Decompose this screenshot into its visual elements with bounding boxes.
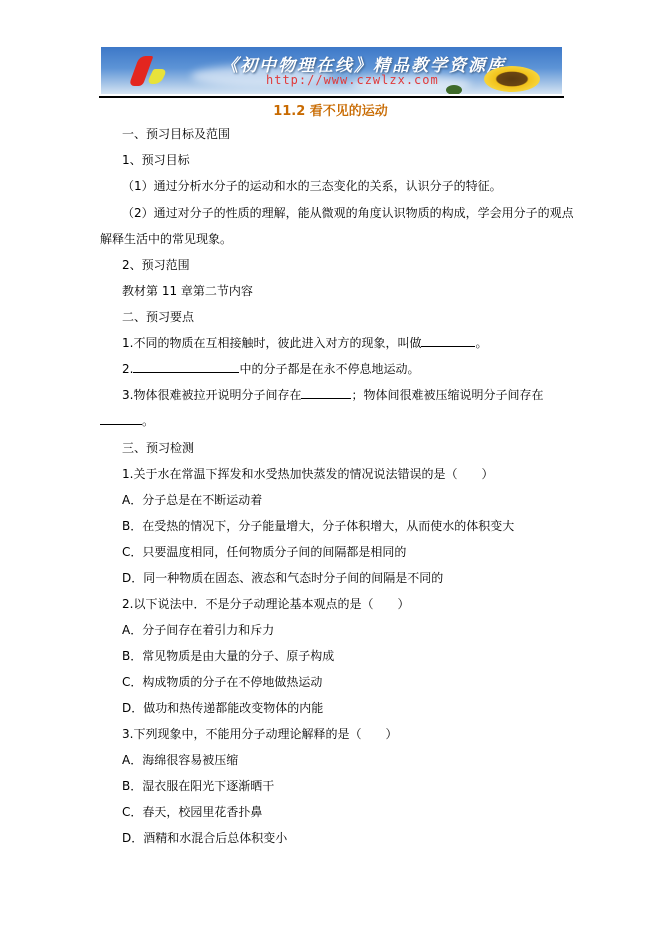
header-divider	[99, 96, 564, 98]
paragraph-continuation: 解释生活中的常见现象。	[100, 231, 232, 247]
answer-blank[interactable]	[100, 413, 142, 425]
question-option: C．构成物质的分子在不停地做热运动	[122, 674, 322, 690]
fill-in-item-continuation: 。	[100, 413, 154, 429]
question-option: D．同一种物质在固态、液态和气态时分子间的间隔是不同的	[122, 570, 443, 586]
header-banner: 《初中物理在线》精品教学资源库 http://www.czwlzx.com	[101, 47, 562, 94]
fill-in-text: 中的分子都是在永不停息地运动。	[239, 362, 419, 376]
paragraph: 教材第 11 章第二节内容	[122, 283, 253, 299]
question-stem: 2.以下说法中．不是分子动理论基本观点的是（ ）	[122, 596, 409, 612]
fill-in-item: 2.中的分子都是在永不停息地运动。	[122, 361, 419, 377]
subsection-heading: 1、预习目标	[122, 152, 190, 168]
question-option: B．在受热的情况下，分子能量增大，分子体积增大，从而使水的体积变大	[122, 518, 514, 534]
page-title: 11.2 看不见的运动	[0, 100, 661, 119]
question-option: B．常见物质是由大量的分子、原子构成	[122, 648, 334, 664]
answer-blank[interactable]	[133, 361, 239, 373]
question-option: D．酒精和水混合后总体积变小	[122, 830, 287, 846]
fill-in-text: 3.物体很难被拉开说明分子间存在	[122, 388, 301, 402]
fill-in-item: 1.不同的物质在互相接触时，彼此进入对方的现象，叫做。	[122, 335, 487, 351]
fill-in-text: 。	[142, 414, 154, 428]
question-stem: 1.关于水在常温下挥发和水受热加快蒸发的情况说法错误的是（ ）	[122, 466, 493, 482]
banner-url: http://www.czwlzx.com	[266, 73, 439, 87]
question-option: C．只要温度相同，任何物质分子间的间隔都是相同的	[122, 544, 406, 560]
paragraph: （2）通过对分子的性质的理解，能从微观的角度认识物质的构成，学会用分子的观点	[122, 205, 574, 221]
question-option: A．分子间存在着引力和斥力	[122, 622, 274, 638]
question-stem: 3.下列现象中，不能用分子动理论解释的是（ ）	[122, 726, 397, 742]
question-option: C．春天，校园里花香扑鼻	[122, 804, 262, 820]
answer-blank[interactable]	[301, 387, 351, 399]
answer-blank[interactable]	[421, 335, 475, 347]
section-heading: 三、预习检测	[122, 440, 194, 456]
logo-icon-accent	[147, 69, 168, 84]
sunflower-image	[484, 66, 540, 92]
fill-in-text: ；物体间很难被压缩说明分子间存在	[351, 388, 543, 402]
fill-in-text: 1.不同的物质在互相接触时，彼此进入对方的现象，叫做	[122, 336, 421, 350]
question-option: B．湿衣服在阳光下逐渐晒干	[122, 778, 274, 794]
fill-in-item: 3.物体很难被拉开说明分子间存在；物体间很难被压缩说明分子间存在	[122, 387, 543, 403]
section-heading: 一、预习目标及范围	[122, 126, 230, 142]
section-heading: 二、预习要点	[122, 309, 194, 325]
subsection-heading: 2、预习范围	[122, 257, 190, 273]
fill-in-text: 2.	[122, 362, 133, 376]
paragraph: （1）通过分析水分子的运动和水的三态变化的关系，认识分子的特征。	[122, 178, 502, 194]
question-option: D．做功和热传递都能改变物体的内能	[122, 700, 323, 716]
fill-in-text: 。	[475, 336, 487, 350]
leaf-decoration	[446, 85, 462, 94]
question-option: A．海绵很容易被压缩	[122, 752, 238, 768]
question-option: A．分子总是在不断运动着	[122, 492, 262, 508]
